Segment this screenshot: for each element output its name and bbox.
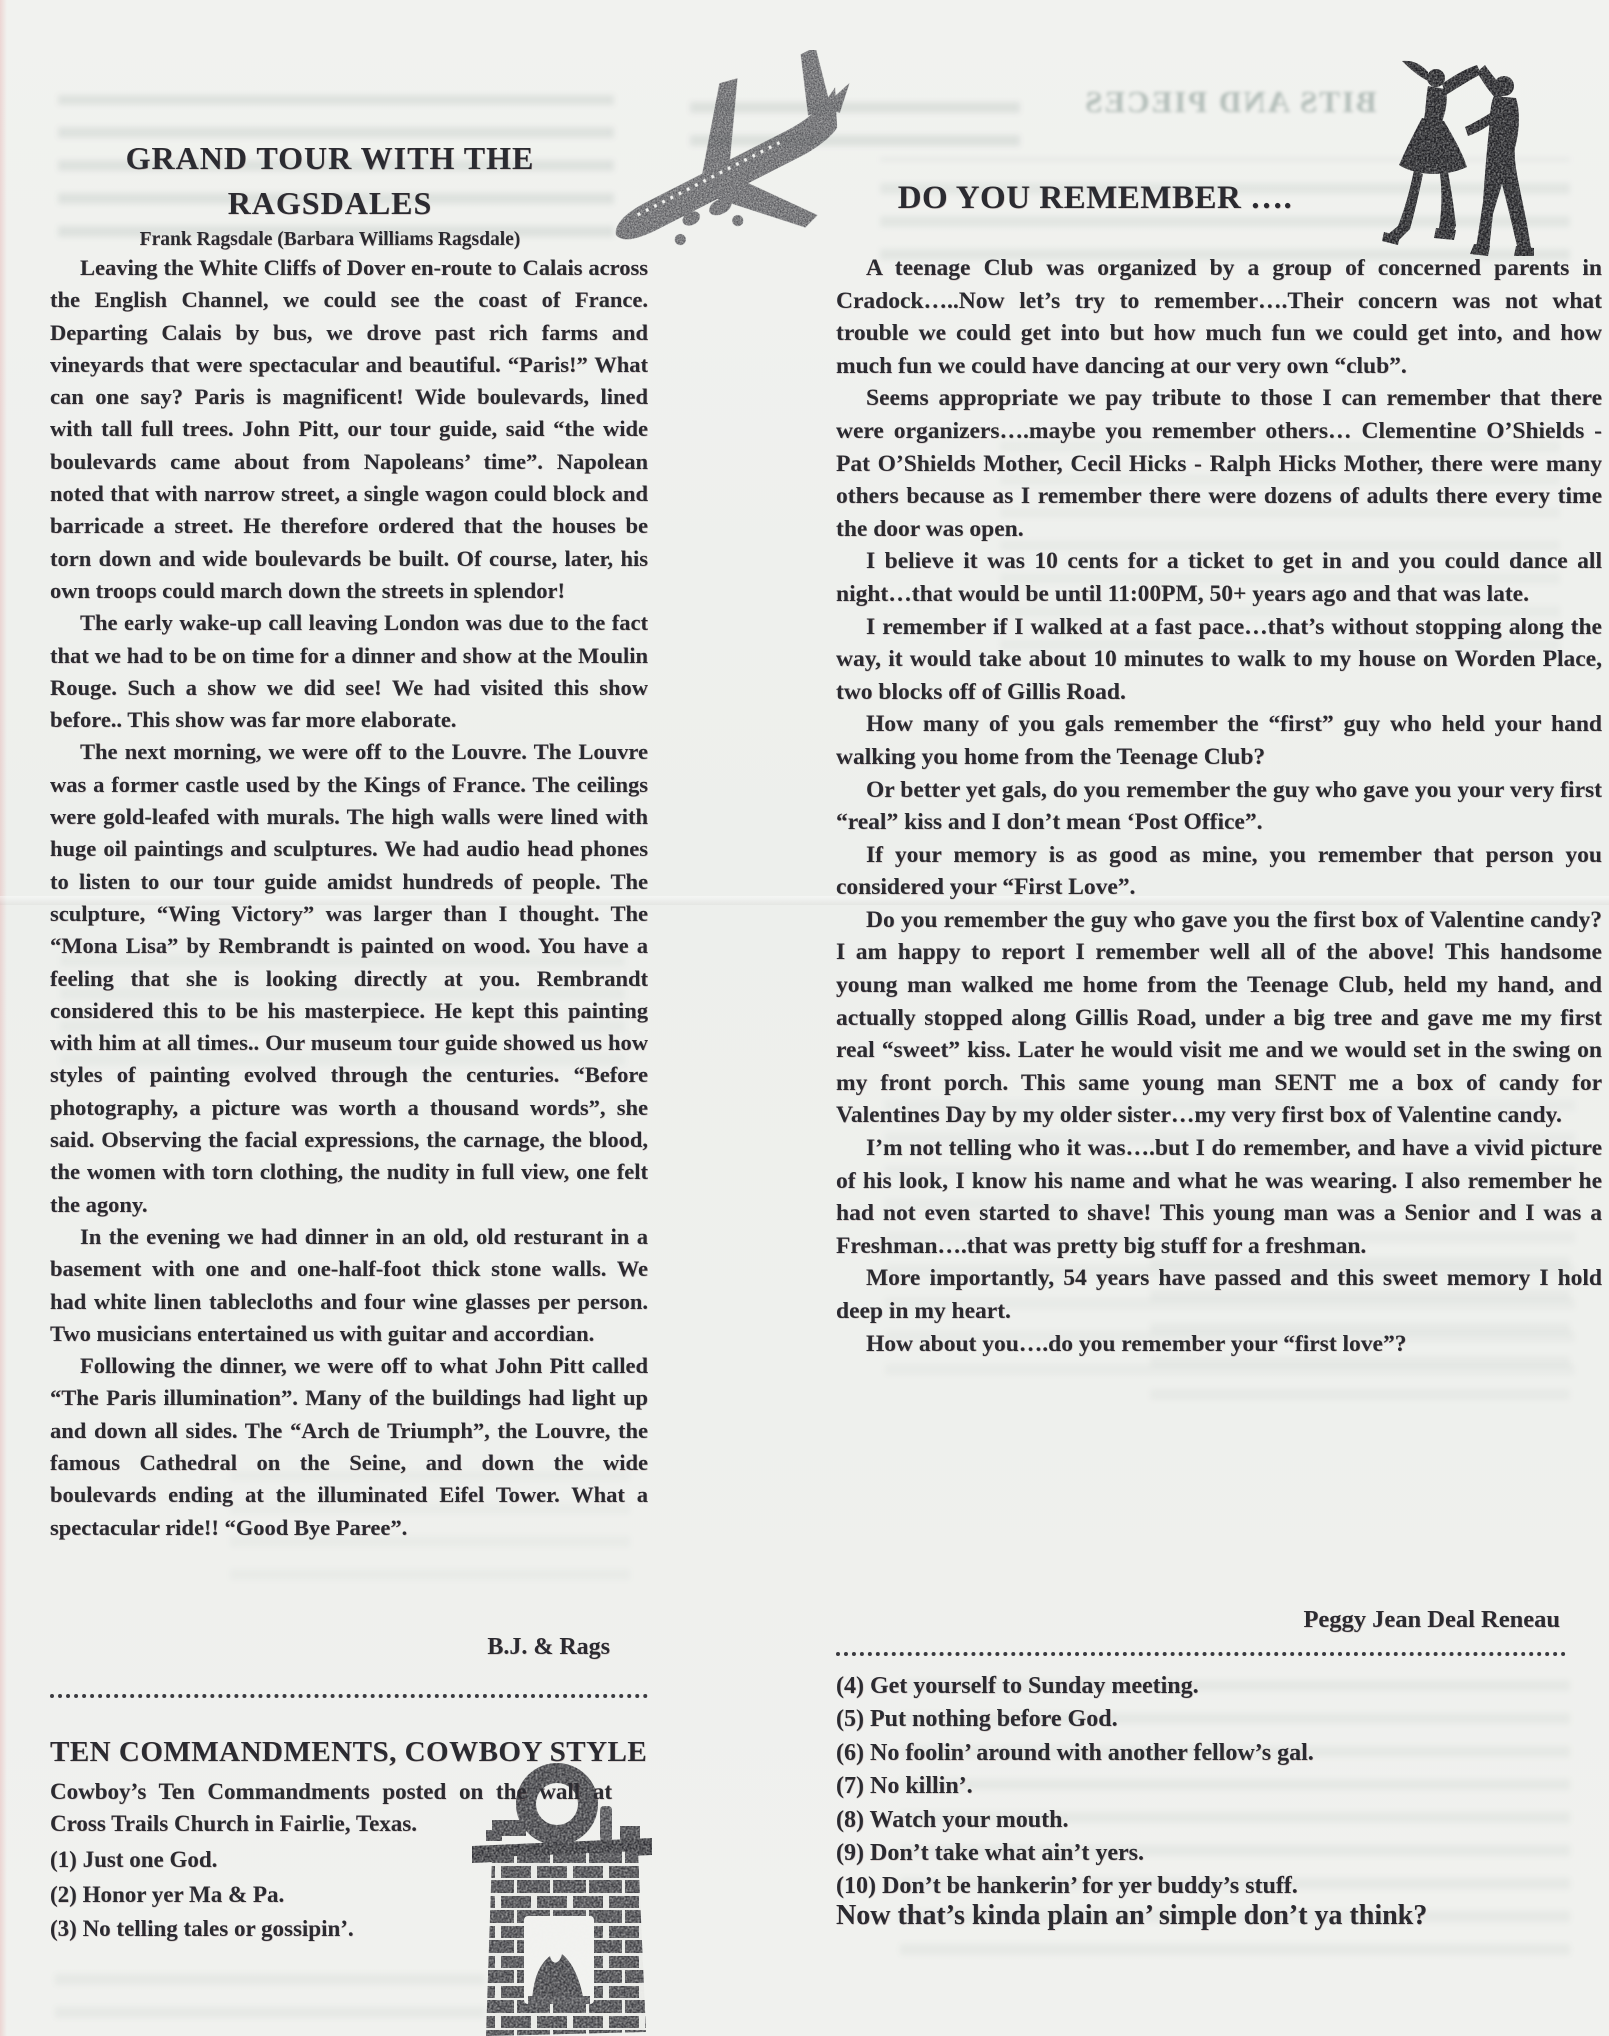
article-paragraph: The early wake-up call leaving London wa… (50, 607, 648, 736)
commandment-item: (5) Put nothing before God. (836, 1703, 1596, 1736)
grand-tour-title-line1: GRAND TOUR WITH THE (75, 136, 585, 181)
article-paragraph: How many of you gals remember the “first… (836, 708, 1602, 773)
commandment-item: (3) No telling tales or gossipin’. (50, 1912, 510, 1947)
scan-edge-tint (0, 0, 7, 2036)
ten-commandments-heading: TEN COMMANDMENTS, COWBOY STYLE (50, 1736, 648, 1769)
commandment-item: (9) Don’t take what ain’t yers. (836, 1837, 1596, 1870)
do-you-remember-title: DO YOU REMEMBER …. (880, 180, 1310, 217)
ten-commandments-intro: Cowboy’s Ten Commandments posted on the … (50, 1776, 612, 1839)
ten-commandments-list: (1) Just one God. (2) Honor yer Ma & Pa.… (50, 1843, 510, 1947)
dotted-separator-right (836, 1652, 1566, 1656)
grand-tour-header: GRAND TOUR WITH THE RAGSDALES Frank Rags… (75, 136, 585, 251)
article-paragraph: In the evening we had dinner in an old, … (50, 1221, 648, 1350)
newsletter-page: BITS AND PIECES (0, 0, 1609, 2036)
bleed-through-mirrored-text: BITS AND PIECES (1040, 84, 1420, 120)
article-paragraph: I believe it was 10 cents for a ticket t… (836, 545, 1602, 610)
commandment-item: (7) No killin’. (836, 1770, 1596, 1803)
commandment-item: (4) Get yourself to Sunday meeting. (836, 1670, 1596, 1703)
grand-tour-title-line2: RAGSDALES (75, 181, 585, 226)
article-paragraph: A teenage Club was organized by a group … (836, 252, 1602, 382)
article-paragraph: Or better yet gals, do you remember the … (836, 774, 1602, 839)
grand-tour-article: Leaving the White Cliffs of Dover en-rou… (50, 252, 648, 1630)
article-paragraph: I remember if I walked at a fast pace…th… (836, 611, 1602, 709)
commandment-item: (10) Don’t be hankerin’ for yer buddy’s … (836, 1870, 1596, 1903)
grand-tour-byline: Frank Ragsdale (Barbara Williams Ragsdal… (75, 229, 585, 251)
ten-commandments-list-continued: (4) Get yourself to Sunday meeting. (5) … (836, 1670, 1596, 1904)
bleed-through-blob (55, 1952, 485, 2018)
article-paragraph: Leaving the White Cliffs of Dover en-rou… (50, 252, 648, 607)
commandments-closing-line: Now that’s kinda plain an’ simple don’t … (836, 1900, 1596, 1932)
do-you-remember-article: A teenage Club was organized by a group … (836, 252, 1602, 1602)
article-paragraph: More importantly, 54 years have passed a… (836, 1262, 1602, 1327)
dancing-couple-image (1378, 45, 1546, 270)
article-paragraph: The next morning, we were off to the Lou… (50, 736, 648, 1220)
commandment-item: (2) Honor yer Ma & Pa. (50, 1878, 510, 1913)
do-you-remember-signature: Peggy Jean Deal Reneau (836, 1606, 1560, 1634)
grand-tour-signature: B.J. & Rags (50, 1634, 610, 1661)
article-paragraph: Do you remember the guy who gave you the… (836, 904, 1602, 1132)
article-paragraph: How about you….do you remember your “fir… (836, 1328, 1602, 1361)
commandment-item: (8) Watch your mouth. (836, 1804, 1596, 1837)
article-paragraph: Seems appropriate we pay tribute to thos… (836, 382, 1602, 545)
commandment-item: (1) Just one God. (50, 1843, 510, 1878)
article-paragraph: Following the dinner, we were off to wha… (50, 1350, 648, 1544)
commandment-item: (6) No foolin’ around with another fello… (836, 1737, 1596, 1770)
dotted-separator-left (50, 1694, 648, 1698)
article-paragraph: I’m not telling who it was….but I do rem… (836, 1132, 1602, 1262)
article-paragraph: If your memory is as good as mine, you r… (836, 839, 1602, 904)
